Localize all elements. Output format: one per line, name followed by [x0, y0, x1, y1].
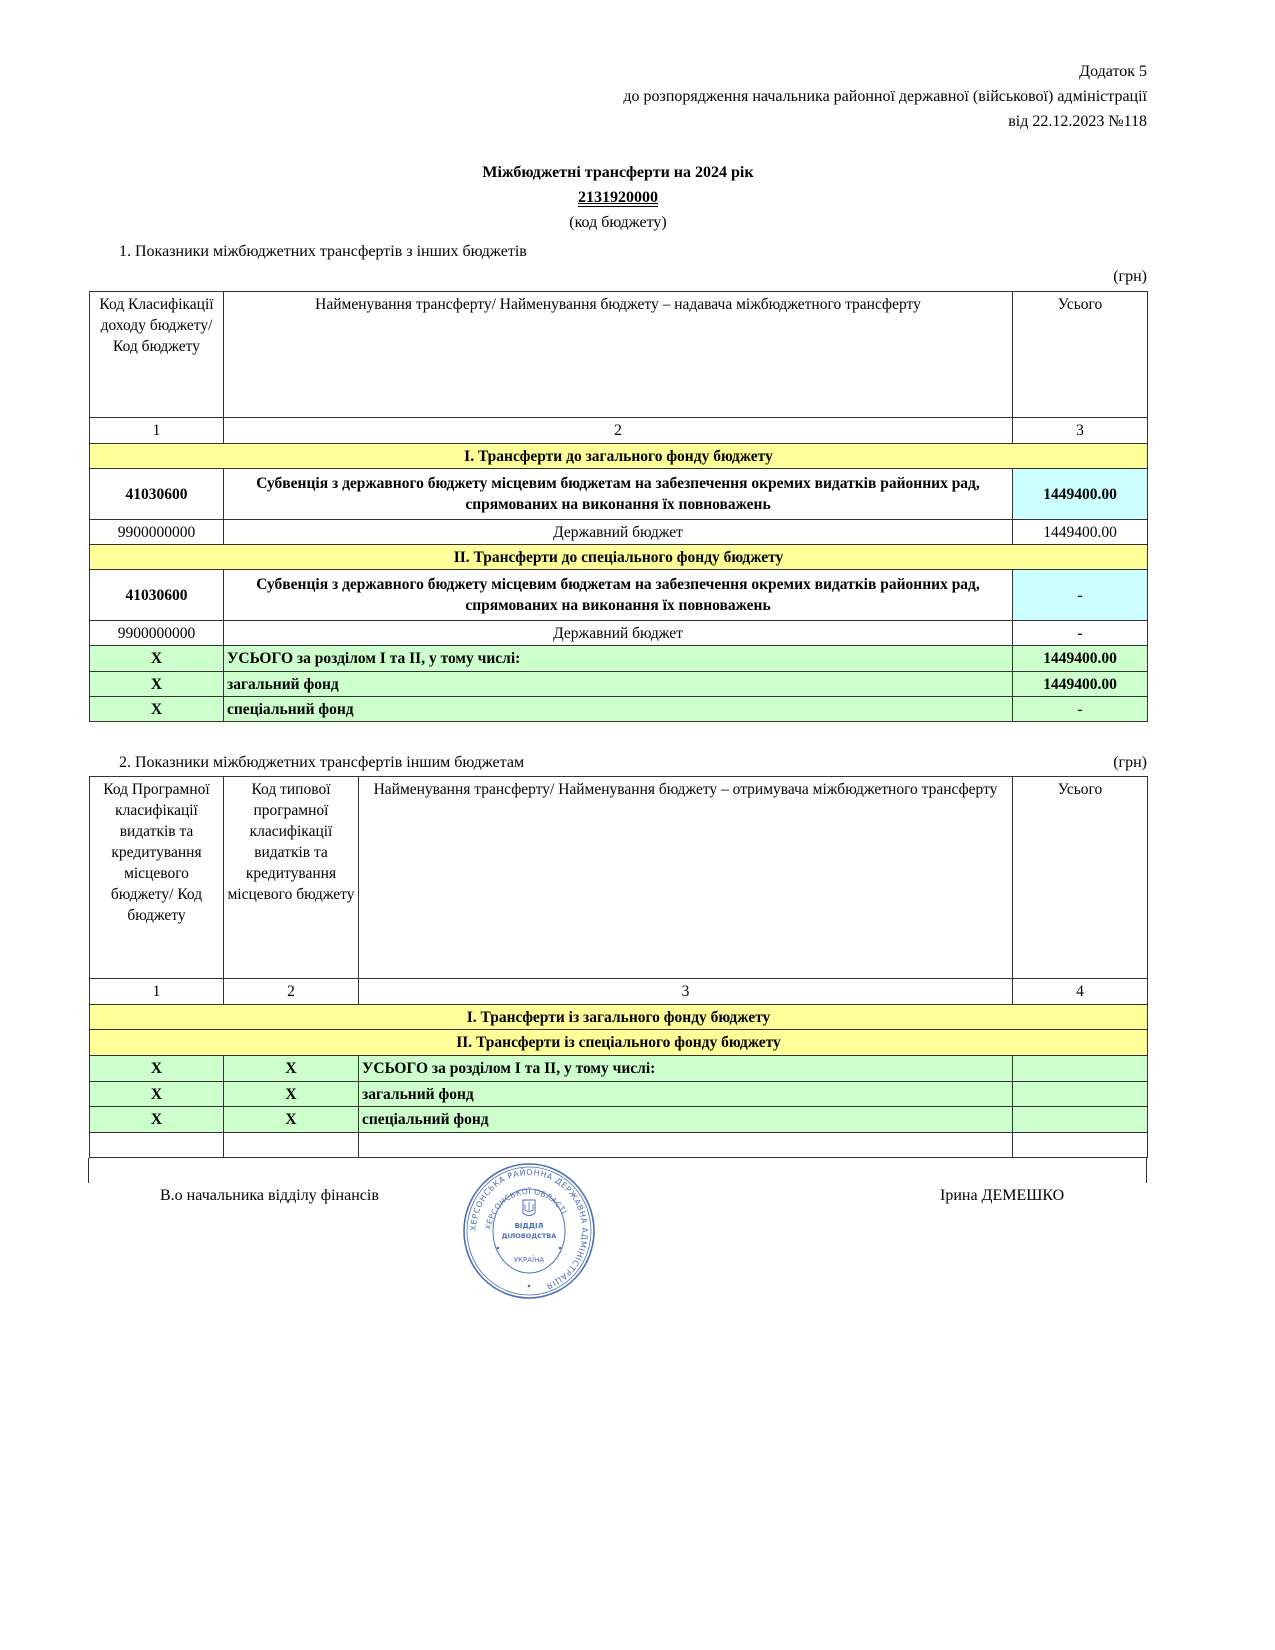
row-code: X — [224, 1107, 359, 1133]
col-number: 4 — [1013, 979, 1148, 1005]
row-code: 9900000000 — [90, 520, 224, 545]
col-number: 3 — [1013, 418, 1148, 444]
row-label: спеціальний фонд — [359, 1107, 1013, 1133]
document-title: Міжбюджетні трансферти на 2024 рік — [0, 164, 1236, 182]
totals-row: X УСЬОГО за розділом I та II, у тому чис… — [90, 646, 1148, 672]
appendix-label: Додаток 5 — [1079, 62, 1147, 82]
col-header-code: Код Класифікації доходу бюджету/ Код бюд… — [90, 292, 224, 418]
row-name: Субвенція з державного бюджету місцевим … — [224, 469, 1013, 520]
totals-row: X X спеціальний фонд — [90, 1107, 1148, 1133]
row-code: X — [90, 1107, 224, 1133]
group-general-fund-title: I. Трансферти із загального фонду бюджет… — [90, 1005, 1148, 1030]
group-special-fund-title: II. Трансферти із спеціального фонду бюд… — [90, 1030, 1148, 1056]
stamp-center-line2: ДІЛОВОДСТВА — [502, 1232, 557, 1240]
signatory-position: В.о начальника відділу фінансів — [160, 1187, 379, 1205]
row-label: загальний фонд — [224, 672, 1013, 697]
col-header-total: Усього — [1013, 777, 1148, 979]
totals-row: X X УСЬОГО за розділом I та II, у тому ч… — [90, 1056, 1148, 1082]
budget-code-caption: (код бюджету) — [0, 214, 1236, 232]
row-code: X — [90, 1056, 224, 1082]
table-row: 41030600 Субвенція з державного бюджету … — [90, 570, 1148, 621]
row-code: X — [90, 1082, 224, 1107]
col-number: 3 — [359, 979, 1013, 1005]
col-header-name: Найменування трансферту/ Найменування бю… — [359, 777, 1013, 979]
col-number: 1 — [90, 979, 224, 1005]
group-general-fund-title: I. Трансферти до загального фонду бюджет… — [90, 444, 1148, 469]
row-code: X — [90, 672, 224, 697]
row-total: - — [1013, 621, 1148, 646]
row-total: 1449400.00 — [1013, 520, 1148, 545]
row-total: - — [1013, 697, 1148, 722]
col-number: 2 — [224, 979, 359, 1005]
row-label: УСЬОГО за розділом I та II, у тому числі… — [224, 646, 1013, 672]
row-name: Державний бюджет — [224, 621, 1013, 646]
row-label: УСЬОГО за розділом I та II, у тому числі… — [359, 1056, 1013, 1082]
budget-code: 2131920000 — [0, 189, 1236, 207]
section2-heading: 2. Показники міжбюджетних трансфертів ін… — [119, 754, 524, 772]
totals-row: X спеціальний фонд - — [90, 697, 1148, 722]
col-header-name: Найменування трансферту/ Найменування бю… — [224, 292, 1013, 418]
totals-row: X X загальний фонд — [90, 1082, 1148, 1107]
row-total — [1013, 1082, 1148, 1107]
table-row: 9900000000 Державний бюджет 1449400.00 — [90, 520, 1148, 545]
outgoing-transfers-table: Код Програмної класифікації видатків та … — [89, 776, 1148, 1158]
col-header-total: Усього — [1013, 292, 1148, 418]
stamp-center-line1: ВІДДІЛ — [515, 1222, 544, 1230]
table-frame-tail — [88, 1158, 1147, 1183]
section1-unit: (грн) — [1113, 268, 1147, 286]
row-total — [1013, 1107, 1148, 1133]
row-code: 41030600 — [90, 469, 224, 520]
col-header-typical-code: Код типової програмної класифікації вида… — [224, 777, 359, 979]
row-total: - — [1013, 570, 1148, 621]
row-code: X — [90, 646, 224, 672]
row-code: X — [224, 1082, 359, 1107]
row-code: X — [224, 1056, 359, 1082]
signatory-name: Ірина ДЕМЕШКО — [940, 1187, 1064, 1205]
row-code: X — [90, 697, 224, 722]
table-row: 9900000000 Державний бюджет - — [90, 621, 1148, 646]
row-name: Державний бюджет — [224, 520, 1013, 545]
row-label: загальний фонд — [359, 1082, 1013, 1107]
order-reference: до розпорядження начальника районної дер… — [623, 87, 1147, 107]
totals-row: X загальний фонд 1449400.00 — [90, 672, 1148, 697]
section2-unit: (грн) — [1113, 754, 1147, 772]
row-code: 9900000000 — [90, 621, 224, 646]
group-special-fund-title: II. Трансферти до спеціального фонду бюд… — [90, 545, 1148, 570]
col-header-program-code: Код Програмної класифікації видатків та … — [90, 777, 224, 979]
row-name: Субвенція з державного бюджету місцевим … — [224, 570, 1013, 621]
incoming-transfers-table: Код Класифікації доходу бюджету/ Код бюд… — [89, 291, 1148, 722]
row-total: 1449400.00 — [1013, 672, 1148, 697]
stamp-bottom-text: УКРАЇНА — [514, 1255, 545, 1264]
order-date-number: від 22.12.2023 №118 — [1008, 112, 1147, 132]
row-total: 1449400.00 — [1013, 646, 1148, 672]
col-number: 2 — [224, 418, 1013, 444]
official-stamp-icon: ХЕРСОНСЬКА РАЙОННА ДЕРЖАВНА АДМІНІСТРАЦІ… — [462, 1162, 596, 1300]
col-number: 1 — [90, 418, 224, 444]
row-code: 41030600 — [90, 570, 224, 621]
budget-code-value: 2131920000 — [578, 189, 658, 206]
table-row: 41030600 Субвенція з державного бюджету … — [90, 469, 1148, 520]
section1-heading: 1. Показники міжбюджетних трансфертів з … — [119, 243, 527, 261]
row-label: спеціальний фонд — [224, 697, 1013, 722]
empty-row — [90, 1133, 1148, 1158]
row-total — [1013, 1056, 1148, 1082]
row-total: 1449400.00 — [1013, 469, 1148, 520]
